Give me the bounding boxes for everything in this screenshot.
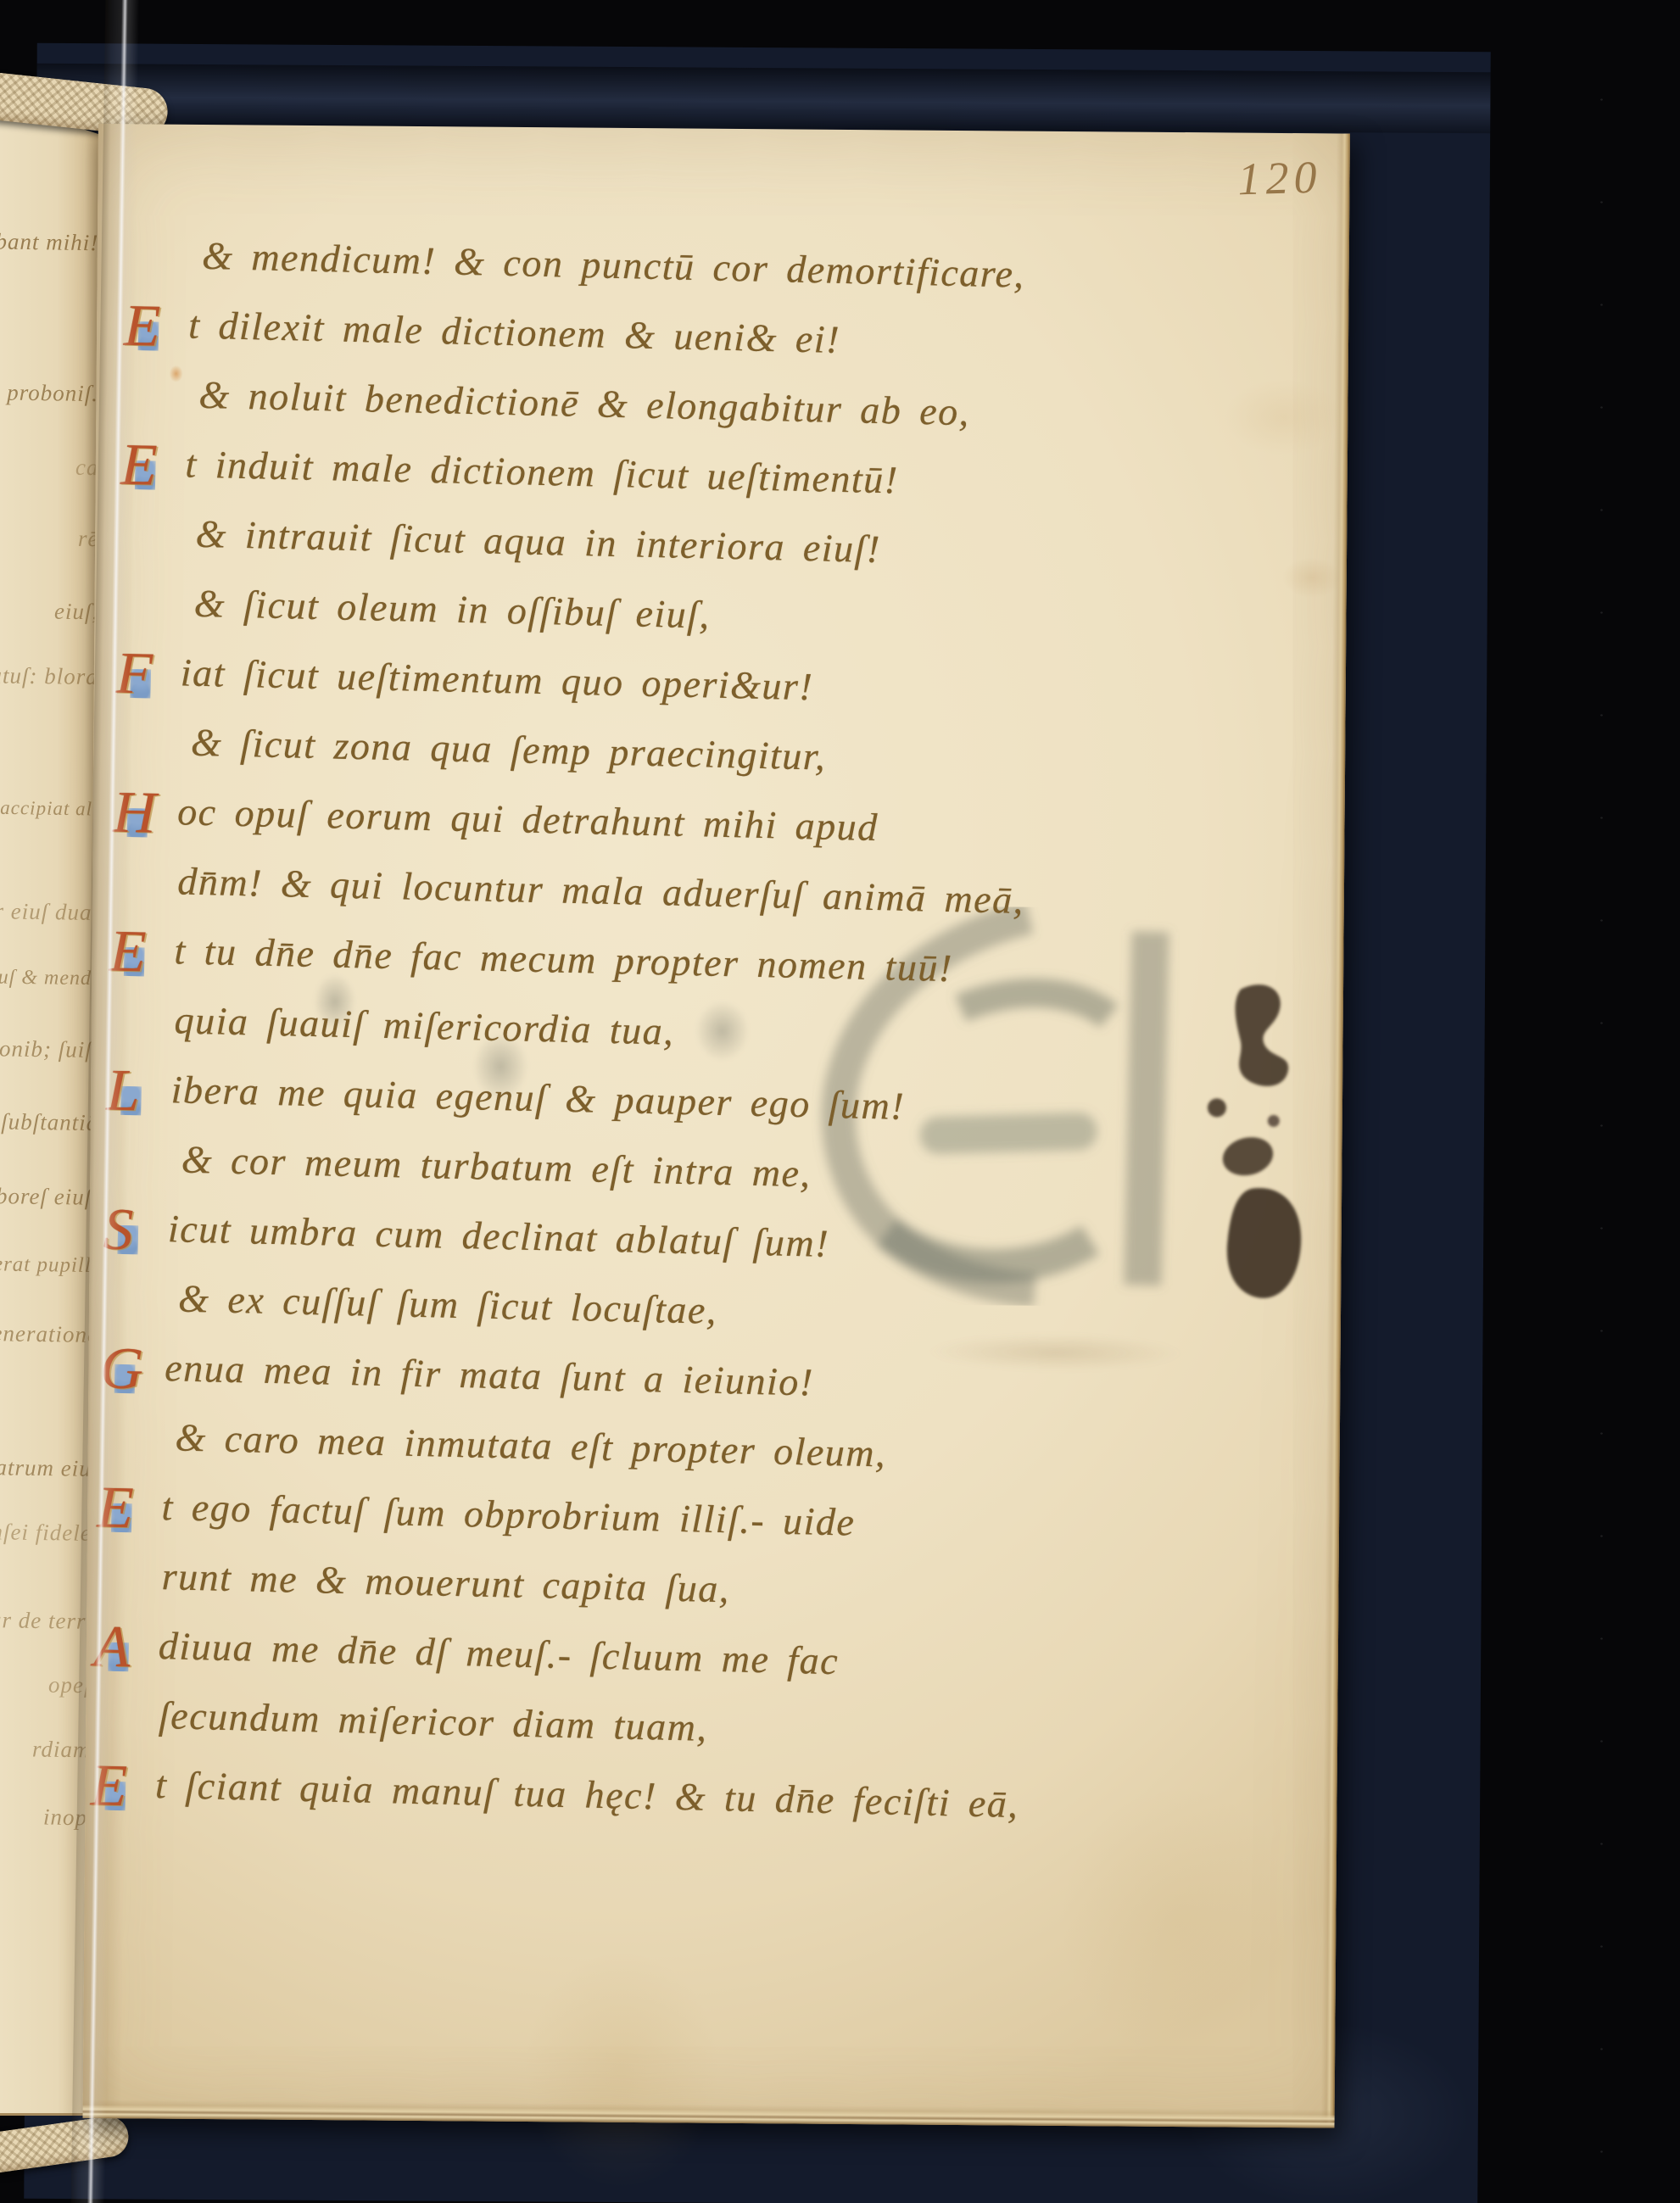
margin-fragment: ata proboniſ. (0, 379, 98, 407)
line-text: quia ſuauiſ miſericordia tua, (174, 998, 675, 1052)
line-text: t tu dn̄e dn̄e fac mecum propter nomen t… (174, 929, 953, 990)
line-text: & ſicut oleum in oſſibuſ eiuſ, (193, 582, 711, 637)
line-text: & ex cuſſuſ ſum ſicut locuſtae, (178, 1276, 718, 1331)
line-text: enua mea in fir mata ſunt a ieiunio! (165, 1346, 814, 1403)
psalm-text-block: & mendicum! & con punctū cor demortifica… (61, 219, 1348, 1846)
folio-number: 120 (1237, 151, 1323, 206)
line-text: diuua me dn̄e dſ meuſ.- ſcluum me fac (158, 1624, 839, 1682)
parchment-stain (523, 1950, 720, 2189)
cover-top-roll (36, 64, 1490, 133)
line-text: t induit male dictionem ſicut ueſtimentū… (185, 442, 899, 501)
line-text: t dilexit male dictionem & ueni& ei! (188, 303, 841, 360)
line-text: & intrauit ſicut aqua in interiora eiuſ! (195, 512, 881, 571)
line-text: icut umbra cum declinat ablatuſ ſum! (168, 1207, 830, 1265)
line-text: iat ſicut ueſtimentum quo operi&ur! (180, 650, 813, 708)
line-text: runt me & mouerunt capita ſua, (161, 1554, 730, 1610)
manuscript-page: 120 (83, 124, 1350, 2128)
line-text: & caro mea inmutata eſt propter oleum, (175, 1415, 887, 1475)
line-text: oc opuſ eorum qui detrahunt mihi apud (177, 789, 879, 849)
line-text: & mendicum! & con punctū cor demortifica… (202, 234, 1025, 296)
line-text: t ego factuſ ſum obprobrium illiſ.- uide (161, 1485, 856, 1544)
line-text: ſecundum miſericor diam tuam, (159, 1693, 709, 1749)
photo-of-open-manuscript: rahebant mihi! ata proboniſ. ca rē eiuſ,… (0, 0, 1680, 2203)
line-text: & noluit benedictionē & elongabitur ab e… (198, 373, 970, 434)
line-text: & cor meum turbatum eſt intra me, (181, 1138, 812, 1196)
line-text: & ſicut zona qua ſemp praecingitur, (191, 721, 827, 778)
margin-fragment: rahebant mihi! (0, 228, 98, 256)
line-text: t ſciant quia manuſ tua hęc! & tu dn̄e f… (155, 1763, 1019, 1826)
margin-fragment: matuſ: blora (0, 662, 98, 690)
line-text: dn̄m! & qui locuntur mala aduerſuſ animā… (177, 859, 1024, 922)
line-text: ibera me quia egenuſ & pauper ego ſum! (170, 1068, 905, 1128)
